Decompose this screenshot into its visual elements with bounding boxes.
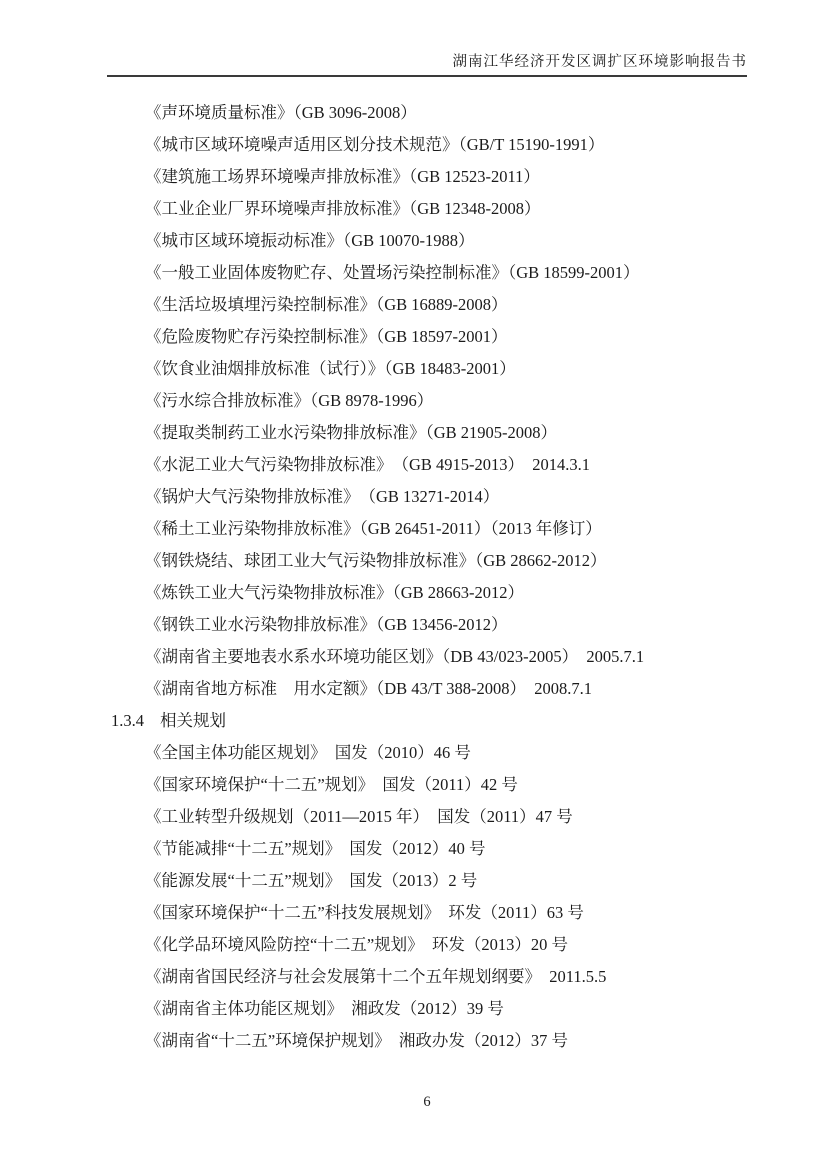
plans-list: 《全国主体功能区规划》 国发（2010）46 号《国家环境保护“十二五”规划》 … xyxy=(107,737,747,1057)
section-number: 1.3.4 xyxy=(111,711,144,730)
list-item: 《国家环境保护“十二五”规划》 国发（2011）42 号 xyxy=(107,769,747,801)
list-item: 《声环境质量标准》（GB 3096-2008） xyxy=(107,97,747,129)
list-item: 《水泥工业大气污染物排放标准》 （GB 4915-2013） 2014.3.1 xyxy=(107,449,747,481)
list-item: 《钢铁烧结、球团工业大气污染物排放标准》（GB 28662-2012） xyxy=(107,545,747,577)
list-item: 《湖南省主体功能区规划》 湘政发（2012）39 号 xyxy=(107,993,747,1025)
document-page: 湖南江华经济开发区调扩区环境影响报告书 《声环境质量标准》（GB 3096-20… xyxy=(0,0,827,1169)
page-header: 湖南江华经济开发区调扩区环境影响报告书 xyxy=(107,0,747,77)
list-item: 《炼铁工业大气污染物排放标准》（GB 28663-2012） xyxy=(107,577,747,609)
standards-list: 《声环境质量标准》（GB 3096-2008）《城市区域环境噪声适用区划分技术规… xyxy=(107,97,747,705)
list-item: 《生活垃圾填埋污染控制标准》（GB 16889-2008） xyxy=(107,289,747,321)
list-item: 《钢铁工业水污染物排放标准》（GB 13456-2012） xyxy=(107,609,747,641)
list-item: 《化学品环境风险防控“十二五”规划》 环发（2013）20 号 xyxy=(107,929,747,961)
list-item: 《能源发展“十二五”规划》 国发（2013）2 号 xyxy=(107,865,747,897)
list-item: 《城市区域环境噪声适用区划分技术规范》（GB/T 15190-1991） xyxy=(107,129,747,161)
list-item: 《建筑施工场界环境噪声排放标准》（GB 12523-2011） xyxy=(107,161,747,193)
list-item: 《湖南省“十二五”环境保护规划》 湘政办发（2012）37 号 xyxy=(107,1025,747,1057)
list-item: 《全国主体功能区规划》 国发（2010）46 号 xyxy=(107,737,747,769)
list-item: 《锅炉大气污染物排放标准》 （GB 13271-2014） xyxy=(107,481,747,513)
list-item: 《饮食业油烟排放标准（试行）》（GB 18483-2001） xyxy=(107,353,747,385)
list-item: 《提取类制药工业水污染物排放标准》（GB 21905-2008） xyxy=(107,417,747,449)
list-item: 《湖南省主要地表水系水环境功能区划》（DB 43/023-2005） 2005.… xyxy=(107,641,747,673)
section-title: 相关规划 xyxy=(160,711,226,730)
list-item: 《湖南省地方标准 用水定额》（DB 43/T 388-2008） 2008.7.… xyxy=(107,673,747,705)
page-footer: 6 xyxy=(107,1086,747,1118)
list-item: 《湖南省国民经济与社会发展第十二个五年规划纲要》 2011.5.5 xyxy=(107,961,747,993)
header-rule xyxy=(107,75,747,77)
list-item: 《国家环境保护“十二五”科技发展规划》 环发（2011）63 号 xyxy=(107,897,747,929)
list-item: 《稀土工业污染物排放标准》（GB 26451-2011）（2013 年修订） xyxy=(107,513,747,545)
list-item: 《一般工业固体废物贮存、处置场污染控制标准》（GB 18599-2001） xyxy=(107,257,747,289)
list-item: 《工业企业厂界环境噪声排放标准》（GB 12348-2008） xyxy=(107,193,747,225)
page-number: 6 xyxy=(423,1094,430,1110)
page-body: 《声环境质量标准》（GB 3096-2008）《城市区域环境噪声适用区划分技术规… xyxy=(107,97,747,1057)
list-item: 《污水综合排放标准》（GB 8978-1996） xyxy=(107,385,747,417)
header-title: 湖南江华经济开发区调扩区环境影响报告书 xyxy=(107,0,747,71)
list-item: 《工业转型升级规划（2011—2015 年） 国发（2011）47 号 xyxy=(107,801,747,833)
list-item: 《节能减排“十二五”规划》 国发（2012）40 号 xyxy=(107,833,747,865)
list-item: 《城市区域环境振动标准》（GB 10070-1988） xyxy=(107,225,747,257)
list-item: 《危险废物贮存污染控制标准》（GB 18597-2001） xyxy=(107,321,747,353)
section-heading: 1.3.4相关规划 xyxy=(107,705,747,737)
